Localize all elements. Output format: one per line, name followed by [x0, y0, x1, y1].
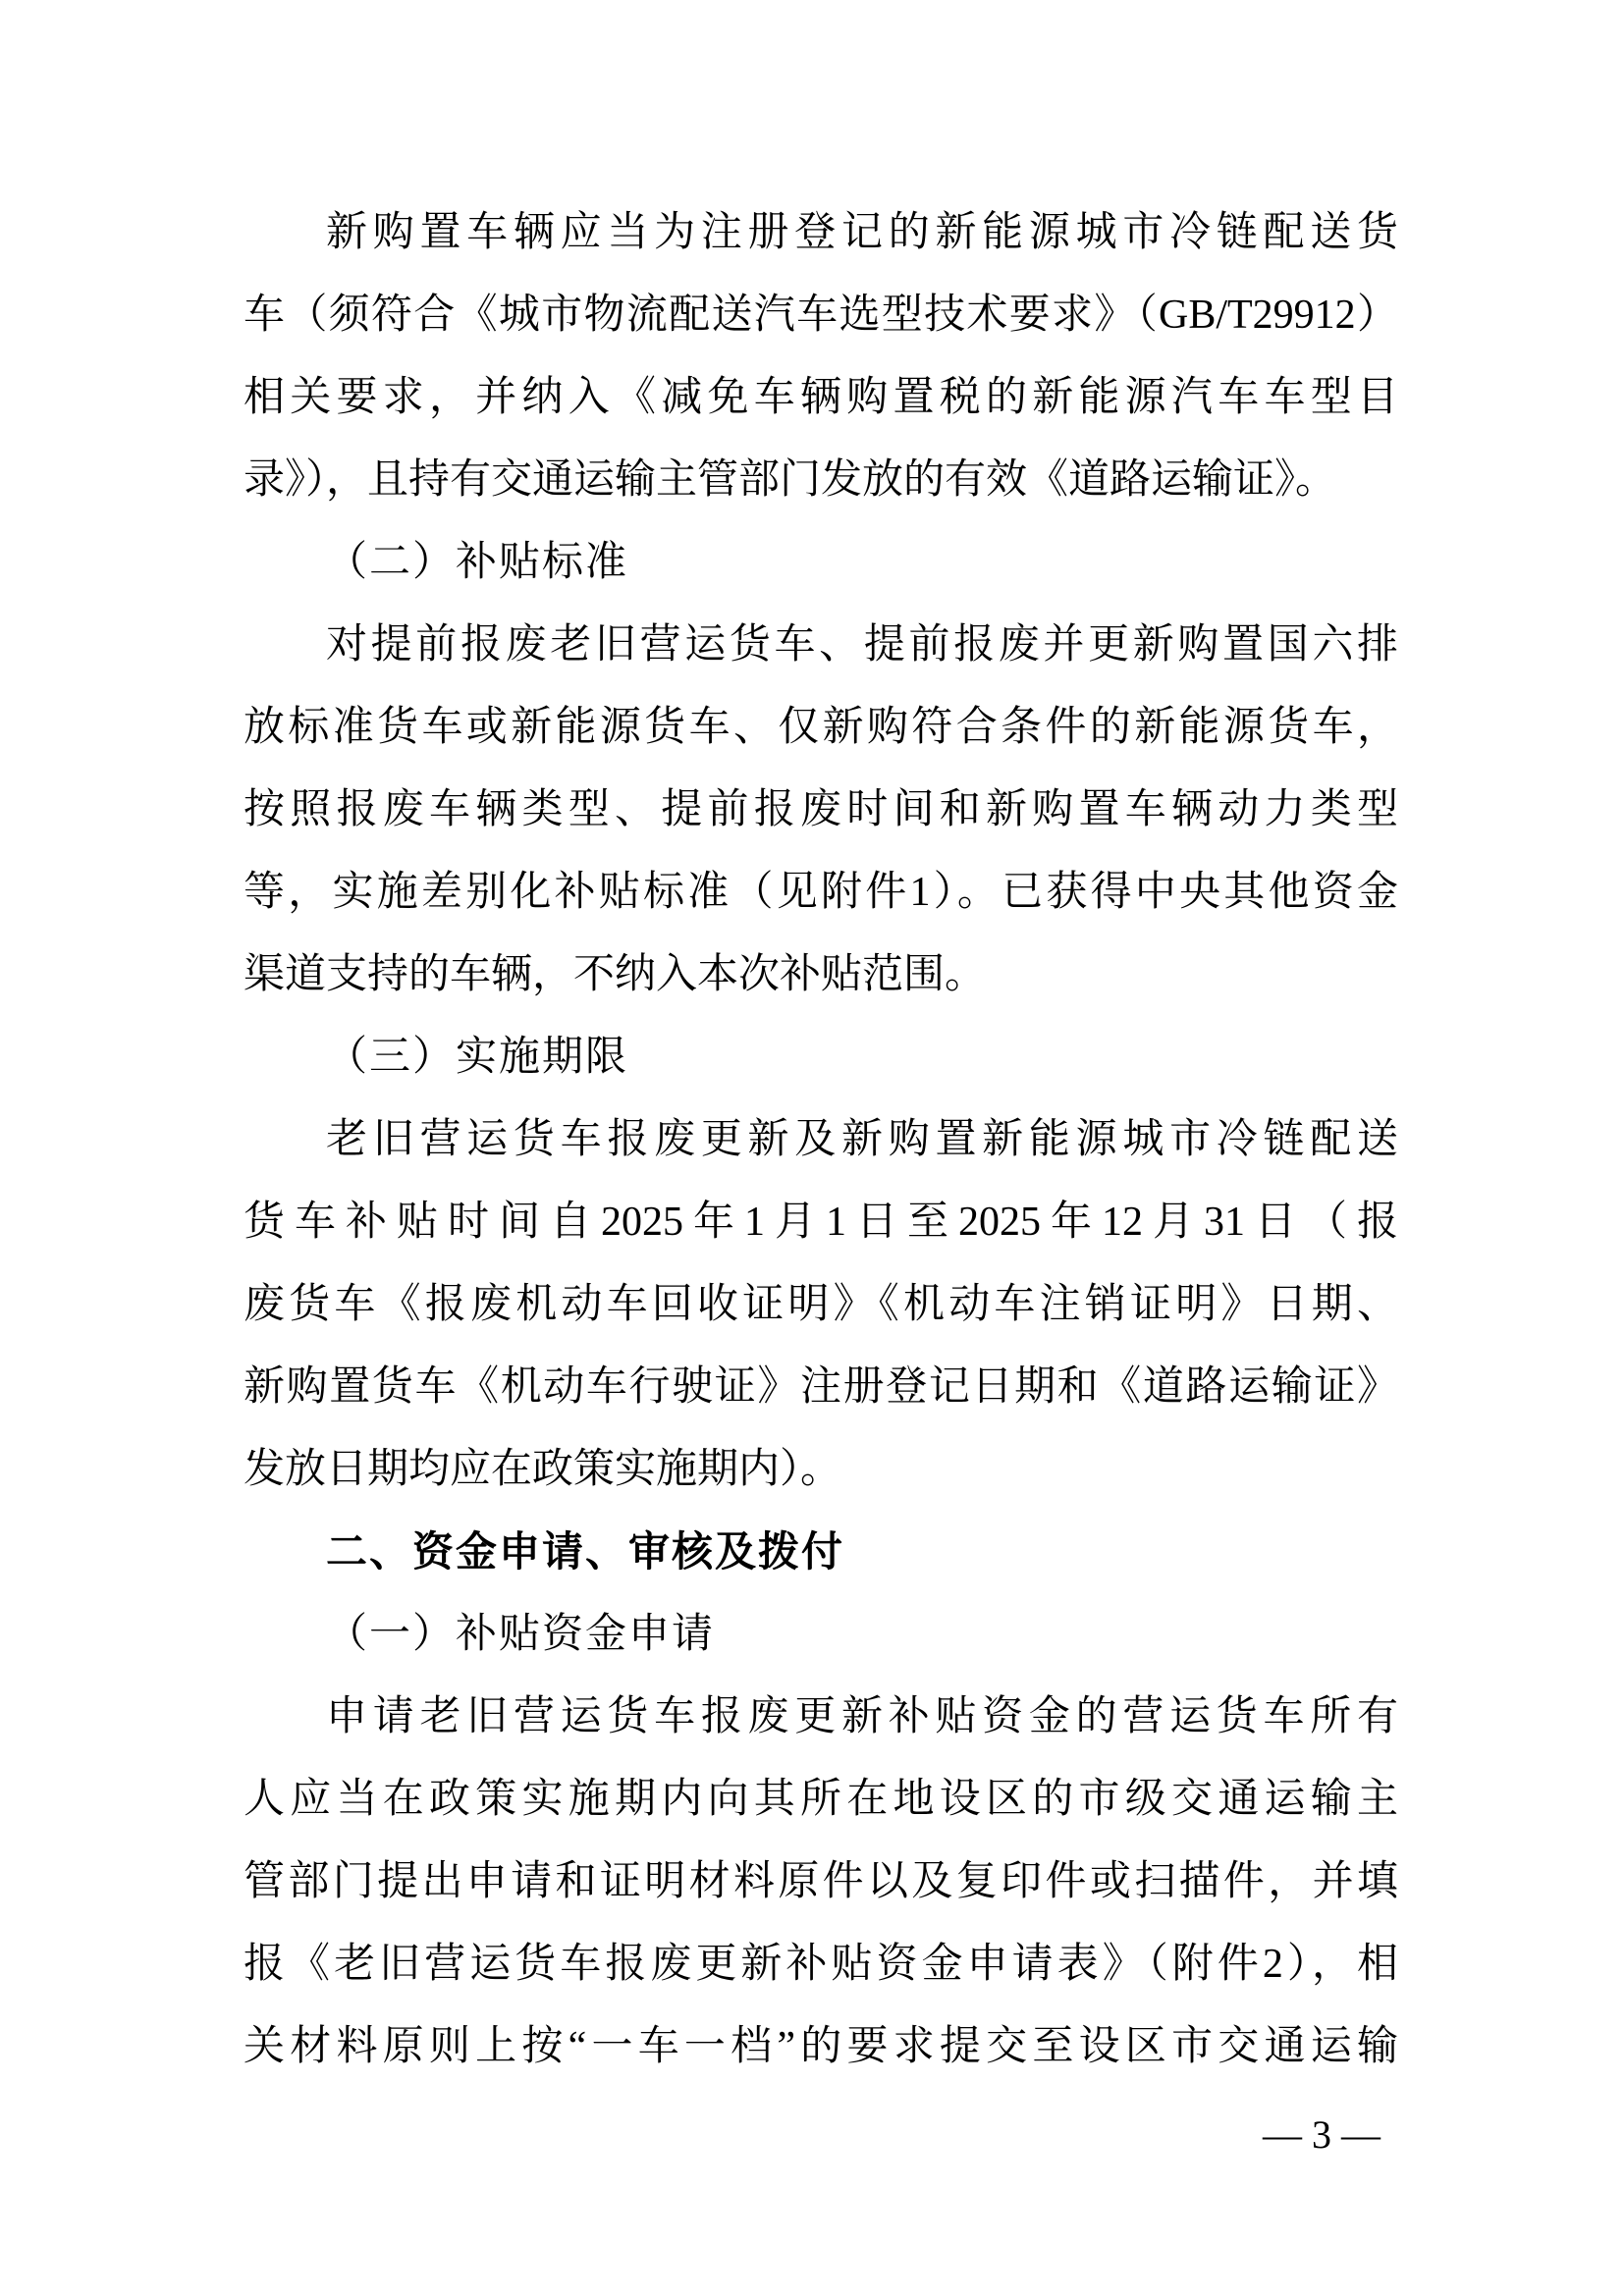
page-number: — 3 —	[244, 2104, 1398, 2166]
document-page: 新购置车辆应当为注册登记的新能源城市冷链配送货 车（须符合《城市物流配送汽车选型…	[0, 0, 1624, 2296]
paragraph-4-line-2: 人应当在政策实施期内向其所在地设区的市级交通运输主	[244, 1758, 1398, 1841]
paragraph-4-line-1: 申请老旧营运货车报废更新补贴资金的营运货车所有	[244, 1676, 1398, 1758]
heading-implementation-period: （三）实施期限	[244, 1016, 1398, 1098]
paragraph-2-line-4: 等，实施差别化补贴标准（见附件1）。已获得中央其他资金	[244, 851, 1398, 934]
paragraph-1-line-2: 车（须符合《城市物流配送汽车选型技术要求》（GB/T29912）	[244, 274, 1398, 356]
paragraph-3-line-1: 老旧营运货车报废更新及新购置新能源城市冷链配送	[244, 1098, 1398, 1181]
paragraph-1-line-3: 相关要求，并纳入《减免车辆购置税的新能源汽车车型目	[244, 356, 1398, 439]
paragraph-4-line-3: 管部门提出申请和证明材料原件以及复印件或扫描件，并填	[244, 1841, 1398, 1923]
paragraph-2-line-3: 按照报废车辆类型、提前报废时间和新购置车辆动力类型	[244, 769, 1398, 851]
paragraph-2-line-5: 渠道支持的车辆，不纳入本次补贴范围。	[244, 934, 1398, 1016]
paragraph-1-line-1: 新购置车辆应当为注册登记的新能源城市冷链配送货	[244, 191, 1398, 274]
paragraph-1-line-4: 录》），且持有交通运输主管部门发放的有效《道路运输证》。	[244, 439, 1398, 521]
paragraph-4-line-4: 报《老旧营运货车报废更新补贴资金申请表》（附件2），相	[244, 1923, 1398, 2005]
heading-subsidy-standard: （二）补贴标准	[244, 521, 1398, 604]
paragraph-2-line-2: 放标准货车或新能源货车、仅新购符合条件的新能源货车，	[244, 686, 1398, 769]
document-body: 新购置车辆应当为注册登记的新能源城市冷链配送货 车（须符合《城市物流配送汽车选型…	[244, 191, 1398, 2088]
paragraph-3-line-4: 新购置货车《机动车行驶证》注册登记日期和《道路运输证》	[244, 1346, 1398, 1428]
paragraph-2-line-1: 对提前报废老旧营运货车、提前报废并更新购置国六排	[244, 604, 1398, 686]
paragraph-3-line-5: 发放日期均应在政策实施期内）。	[244, 1428, 1398, 1511]
heading-subsidy-fund-application: （一）补贴资金申请	[244, 1593, 1398, 1676]
heading-fund-application-review-disbursement: 二、资金申请、审核及拨付	[244, 1511, 1398, 1593]
paragraph-4-line-5: 关材料原则上按“一车一档”的要求提交至设区市交通运输	[244, 2005, 1398, 2088]
paragraph-3-line-3: 废货车《报废机动车回收证明》《机动车注销证明》日期、	[244, 1263, 1398, 1346]
paragraph-3-line-2: 货车补贴时间自2025年1月1日至2025年12月31日（报	[244, 1181, 1398, 1263]
